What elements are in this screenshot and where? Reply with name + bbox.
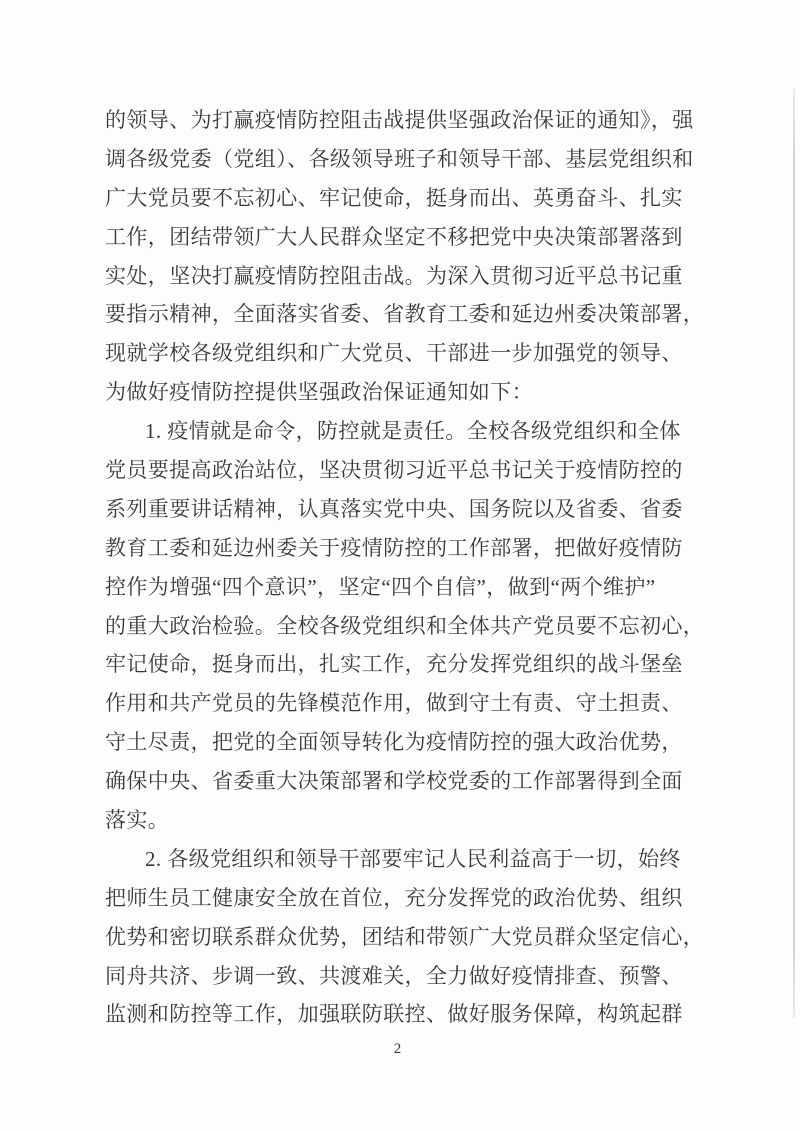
scan-edge-artifact	[793, 88, 795, 1018]
text-line: 党员要提高政治站位，坚决贯彻习近平总书记关于疫情防控的	[105, 451, 715, 490]
page-number: 2	[0, 1041, 796, 1058]
text-line: 为做好疫情防控提供坚强政治保证通知如下：	[105, 373, 715, 412]
document-body-text: 的领导、为打赢疫情防控阻击战提供坚强政治保证的通知》，强 调各级党委（党组）、各…	[105, 101, 715, 1034]
text-line: 现就学校各级党组织和广大党员、干部进一步加强党的领导、	[105, 334, 715, 373]
text-line: 优势和密切联系群众优势，团结和带领广大党员群众坚定信心，	[105, 918, 715, 957]
text-line: 教育工委和延边州委关于疫情防控的工作部署，把做好疫情防	[105, 529, 715, 568]
text-line: 守土尽责，把党的全面领导转化为疫情防控的强大政治优势，	[105, 723, 715, 762]
text-line: 系列重要讲话精神，认真落实党中央、国务院以及省委、省委	[105, 490, 715, 529]
text-line: 实处，坚决打赢疫情防控阻击战。为深入贯彻习近平总书记重	[105, 257, 715, 296]
text-line: 控作为增强“四个意识”，坚定“四个自信”，做到“两个维护”	[105, 568, 715, 607]
text-line: 调各级党委（党组）、各级领导班子和领导干部、基层党组织和	[105, 140, 715, 179]
text-line: 同舟共济、步调一致、共渡难关，全力做好疫情排查、预警、	[105, 957, 715, 996]
text-line: 把师生员工健康安全放在首位，充分发挥党的政治优势、组织	[105, 879, 715, 918]
text-line: 广大党员要不忘初心、牢记使命，挺身而出、英勇奋斗、扎实	[105, 179, 715, 218]
text-line: 要指示精神，全面落实省委、省教育工委和延边州委决策部署，	[105, 295, 715, 334]
text-line: 作用和共产党员的先锋模范作用，做到守土有责、守土担责、	[105, 684, 715, 723]
text-line: 工作，团结带领广大人民群众坚定不移把党中央决策部署落到	[105, 218, 715, 257]
text-line: 的领导、为打赢疫情防控阻击战提供坚强政治保证的通知》，强	[105, 101, 715, 140]
text-line: 落实。	[105, 801, 715, 840]
text-line: 确保中央、省委重大决策部署和学校党委的工作部署得到全面	[105, 762, 715, 801]
text-line: 的重大政治检验。全校各级党组织和全体共产党员要不忘初心，	[105, 607, 715, 646]
document-page: 的领导、为打赢疫情防控阻击战提供坚强政治保证的通知》，强 调各级党委（党组）、各…	[0, 0, 800, 1131]
text-line: 牢记使命，挺身而出，扎实工作，充分发挥党组织的战斗堡垒	[105, 645, 715, 684]
text-line-paragraph-start: 1. 疫情就是命令，防控就是责任。全校各级党组织和全体	[105, 412, 715, 451]
text-line: 监测和防控等工作，加强联防联控、做好服务保障，构筑起群	[105, 995, 715, 1034]
text-line-paragraph-start: 2. 各级党组织和领导干部要牢记人民利益高于一切，始终	[105, 840, 715, 879]
